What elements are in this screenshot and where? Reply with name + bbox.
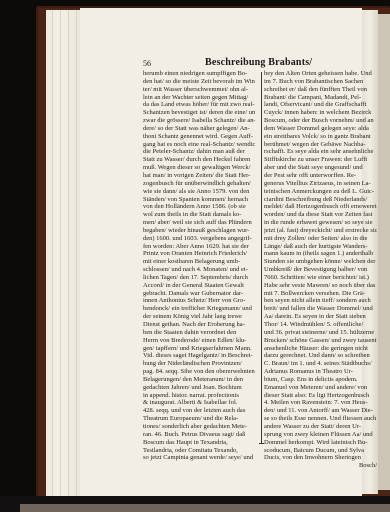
text-line: und 36. privat steinerne/ und 15. hültze… <box>264 329 377 337</box>
text-line: landi, Ofservicani/ und die Graffschafft <box>264 101 377 109</box>
text-line: der seinem König viel Jahr lang trewe <box>143 313 255 321</box>
text-line: 7660. Schritten/ wie einer berichtet/ is… <box>264 274 377 282</box>
text-line: dieser Statt also: Es ligt Hertzogenbusc… <box>264 392 377 400</box>
text-line: gen/ tapffern/ und Kriegserfahrnen Mann. <box>143 345 255 353</box>
text-line: 4. Meilen von Ravenstein: 7. von Heus- <box>264 399 377 407</box>
text-line: im 7. Buch von Brabantischen Sachen <box>264 78 377 86</box>
text-line: gedachten Jahren/ und Joan. Bochium <box>143 384 255 392</box>
text-line: Belagerungen/ den Meteranum/ in den <box>143 376 255 384</box>
text-line: & inaugurat. Alberti & Isabellae fol. <box>143 399 255 407</box>
text-line: Boscum das Haupt in Texandria, <box>143 439 255 447</box>
text-line: hat man/ in vorigen Zeiten/ die Statt He… <box>143 172 255 180</box>
text-line: bey den Alten Orten geheissen habe. Und <box>264 70 377 78</box>
text-line: dere/ so der Statt was näher gelegen/ An… <box>143 125 255 133</box>
text-line: ran. 46. Buch. Petrus Divaeus sagt/ daß <box>143 431 255 439</box>
text-line: Statt zu Wasser/ durch den Heckel fahren <box>143 156 255 164</box>
text-line: den hat/ so die meiste Zeit bevorab im W… <box>143 78 255 86</box>
text-line: men/ aber/ weil sie sich auff das Plünde… <box>143 219 255 227</box>
text-line: Brabant/ die Campani, Madandi, Pel- <box>264 94 377 102</box>
text-line: wol zum theils in die Statt damals ko- <box>143 211 255 219</box>
text-line: wie sie dann/ als sie Anno 1579. von den <box>143 188 255 196</box>
text-line: bendonck/ ein trefficher Kriegsmann/ und <box>143 305 255 313</box>
text-line: andere Wasser zu der Statt/ deren Ur- <box>264 423 377 431</box>
text-line: Theatrum Europaeum/ und die Rela- <box>143 415 255 423</box>
text-line: von den Holländern Anno 1586. (ob sie <box>143 203 255 211</box>
text-line: berühmet/ wegen der Gebäwe Nachba- <box>264 141 377 149</box>
text-line: in die runde erbawet gewesen/ so seye si… <box>264 219 377 227</box>
text-line: Thor/ 14. Windmühlen/ 5. offentliche/ <box>264 321 377 329</box>
text-line: Schantzen bevestiget ist/ deren die eine… <box>143 109 255 117</box>
table-edge <box>20 504 390 512</box>
text-line: Herrn von Brederode/ einen Edlen/ klu- <box>143 337 255 345</box>
text-line: Printz von Oranien Heinrich Friederich/ <box>143 250 255 258</box>
text-line: Umbkreiß/ der Bevestigung halber/ von <box>264 266 377 274</box>
text-line: rschafft. Es seye alda ein sehr ansehnli… <box>264 148 377 156</box>
text-line: lein an der Wachter seiten gegen Mittag/ <box>143 94 255 102</box>
text-line: muß. Wegen dieser so gewaltigen Werck/ <box>143 164 255 172</box>
text-line: teinischen Anmerckungen zu deß L. Guic- <box>264 188 377 196</box>
text-line: Dommel herkompt. Wird lateinisch Bu- <box>264 439 377 447</box>
text-line: mann kaum in (theils sagen 1.) anderthal… <box>264 250 377 258</box>
text-line: Adrianus Romanus in Theatro Ur- <box>264 368 377 376</box>
text-line: Stunden sie umbgehen könne/ welchen der <box>264 258 377 266</box>
text-line: schlossen/ und nach 4. Monaten/ und et- <box>143 266 255 274</box>
text-line: pag. 84. seqq. Sihe von den obererwehnte… <box>143 368 255 376</box>
text-line: zogenbusch für unüberwindlich gehalten/ <box>143 180 255 188</box>
text-line: gebracht. Damals war Gubernator dar- <box>143 290 255 298</box>
text-line: Habe sehr veste Mawren/ so noch über das <box>264 282 377 290</box>
text-line: thoni Schantz genennet wird. Gegen Auff- <box>143 133 255 141</box>
text-line: Tesilandria, oder Comitatu Texando, <box>143 447 255 455</box>
text-line: bium, Casp. Ens in deliciis apodem. <box>264 376 377 384</box>
text-line: bung der Niderländischen Provintzen/ <box>143 360 255 368</box>
text-line: Emanuel von Meteren/ und andere/ von <box>264 384 377 392</box>
text-line: ein streitbares Volck/ so in gantz Braba… <box>264 133 377 141</box>
text-line: tiones/ sonderlich aber gedachten Mete- <box>143 423 255 431</box>
text-line: dem Wasser Dommel gelegen seye: alda <box>264 125 377 133</box>
text-line: meldet/ daß Hertzogenbusch offt ernewere… <box>264 203 377 211</box>
text-line: so jetzt Campinia genant werde/ seye/ un… <box>143 454 255 462</box>
text-line: Dienst gethan. Nach der Eroberung ha- <box>143 321 255 329</box>
text-line: aber und die Statt seye ungesund/ und <box>264 164 377 172</box>
text-line: jetzt (al. fast) dreyeckicht/ und erstre… <box>264 227 377 235</box>
column-divider <box>261 72 262 444</box>
text-line: Länge/ daß auch der hurtigste Wanders- <box>264 243 377 251</box>
text-line: mit einer kostbaren Belagerung umb- <box>143 258 255 266</box>
text-line: mit drey Zollen/ oder Seiten/ also in di… <box>264 235 377 243</box>
text-line: breit/ und fallen die Wasser Dommel/ und <box>264 305 377 313</box>
text-line: mit 7. Bollwercken versehen. Die Grä- <box>264 290 377 298</box>
text-line: sprung von zwey kleinen Flüssen Aa/ und <box>264 431 377 439</box>
text-line: begaben/ wieder hinauß geschlagen wur- <box>143 227 255 235</box>
text-line: worden/ und da diese Statt vor Zeiten fa… <box>264 211 377 219</box>
text-line: Vid. dieses saget Hagelgantz/ in Beschre… <box>143 352 255 360</box>
text-line: in append. histor. narrat. profectionis <box>143 392 255 400</box>
text-line: Accord/ in der General Staaten Gewalt <box>143 282 255 290</box>
text-line: Cuyck/ innen haben: in welchem Bezirck <box>264 109 377 117</box>
text-line: Bosch/ <box>264 462 377 470</box>
text-line: zwar die grössere/ Isabella Schantz/ die… <box>143 117 255 125</box>
page-stack-right <box>378 14 390 490</box>
text-line: den/ und 11. von Antorff/ am Wasser Die- <box>264 407 377 415</box>
text-line: scoducum, Batcum Ducum, und Sylva <box>264 447 377 455</box>
text-line: innen Anthonius Schetz/ Herr von Gro- <box>143 297 255 305</box>
text-line: ansehenliche Häuser: die geringen nicht <box>264 345 377 353</box>
text-line: darzu gerechnet. Und dann/ so schreiben <box>264 352 377 360</box>
text-line: lichen Tagen/ den 17. Septembris/ durch <box>143 274 255 282</box>
text-line: der Pest sehr offt unterworffen. Re- <box>264 172 377 180</box>
text-line: se so theils Esse nennen. Und fliessen a… <box>264 415 377 423</box>
text-line: fen worden: Aber Anno 1629. hat sie der <box>143 243 255 251</box>
text-line: Ducis, von den Inwohnern Shertogen <box>264 454 377 462</box>
text-line: ben seyen nicht allein tieff/ sondern au… <box>264 297 377 305</box>
text-line: da das Land etwas höher/ für mit zwo rea… <box>143 101 255 109</box>
running-title: Beschreibung Brabants/ <box>205 57 312 68</box>
text-line: Boscum, oder der Busch vornehm/ und an <box>264 117 377 125</box>
right-column-text: bey den Alten Orten geheissen habe. Undi… <box>264 70 377 470</box>
text-line: gang hat es noch eine real-Schantz/ wend… <box>143 141 255 149</box>
text-line: C. Braun/ im 1. und 4. seines Städtbuchs… <box>264 360 377 368</box>
text-line: ter/ mit Wasser überschwemmet/ ohn al- <box>143 86 255 94</box>
text-line: Stifftskirche zu unser Frawen: der Lufft <box>264 156 377 164</box>
text-line: den) 1600. und 1603. vergebens angegrif- <box>143 235 255 243</box>
text-line: die Peteler-Schantz/ dahin man auß der <box>143 148 255 156</box>
text-line: ciardini Beschreibung deß Niederlands/ <box>264 196 377 204</box>
text-line: Aa/ darein. Es seyen in der Statt sieben <box>264 313 377 321</box>
text-line: generus Vitellius Zirizaeus, in seinen L… <box>264 180 377 188</box>
text-line: ben die Staaten dahin verordnet den <box>143 329 255 337</box>
page-number: 56 <box>143 59 151 68</box>
text-line: schreibet er/ daß den fünfften Theil von <box>264 86 377 94</box>
text-line: herumb einen niedrigen sumpffigen Bo- <box>143 70 255 78</box>
text-line: 428. seqq. und von der letzten auch das <box>143 407 255 415</box>
text-line: Brucken/ schöne Gassen/ und zwey tausent <box>264 337 377 345</box>
text-line: Ständen/ von Spanien kommen/ hernach <box>143 196 255 204</box>
left-column-text: herumb einen niedrigen sumpffigen Bo-den… <box>143 70 255 462</box>
